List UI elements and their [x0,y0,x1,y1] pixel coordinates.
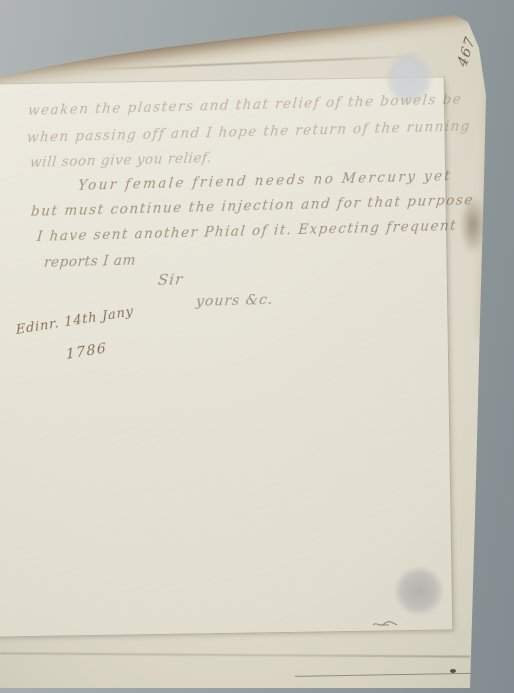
paper-sheet: weaken the plasters and that relief of t… [0,0,514,693]
folio-number: 467 [455,34,479,69]
signature: yours &c. [195,291,274,311]
ink-dot [450,669,456,673]
crease-line-bottom [0,652,470,657]
stamp-blot-bottom [394,566,444,616]
sheet-right-burn-edge [472,7,514,338]
addressee: Sir [157,270,184,289]
salutation-line: reports I am [43,252,137,272]
letter-scan: weaken the plasters and that relief of t… [0,0,514,693]
ink-squiggle [372,614,398,633]
under-sheet-edge [295,672,514,677]
